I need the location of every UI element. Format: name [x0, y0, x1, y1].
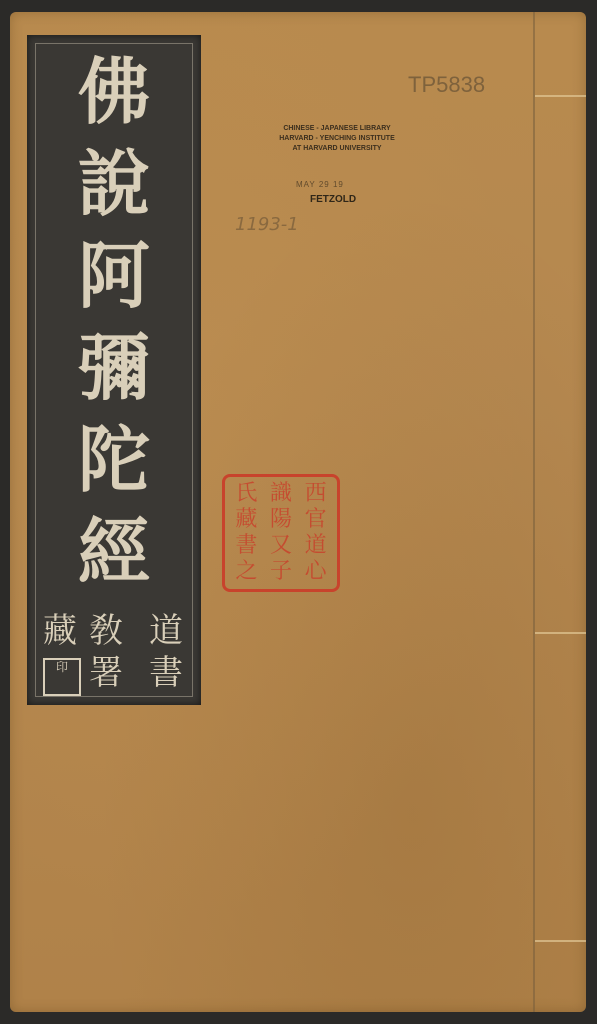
stamp-name: FETZOLD [310, 194, 356, 205]
subtitle-char: 道 [149, 610, 183, 652]
seal-char: 道 [305, 533, 327, 559]
subtitle-column: 藏 印 [43, 610, 81, 696]
library-stamp: CHINESE - JAPANESE LIBRARY HARVARD - YEN… [272, 124, 402, 154]
small-seal: 印 [43, 658, 81, 696]
stamp-date: MAY 29 19 [296, 180, 344, 189]
seal-char: 心 [305, 559, 327, 585]
subtitle-char: 書 [149, 652, 183, 694]
seal-char: 子 [270, 559, 292, 585]
subtitle-char: 署 [89, 652, 123, 694]
title-char: 佛 [78, 47, 150, 139]
binding-stitch [535, 632, 586, 634]
seal-char: 之 [235, 559, 257, 585]
stamp-line: CHINESE - JAPANESE LIBRARY [272, 124, 402, 134]
seal-char: 藏 [235, 507, 257, 533]
seal-column: 氏 藏 書 之 [235, 481, 257, 585]
title-strip: 佛 說 阿 彌 陀 經 道 書 敎 署 藏 印 [27, 35, 201, 705]
title-char: 說 [78, 139, 150, 231]
seal-char: 書 [235, 533, 257, 559]
seal-char: 陽 [270, 507, 292, 533]
binding-stitch [535, 940, 586, 942]
call-number: TP5838 [408, 72, 485, 98]
seal-column: 識 陽 又 子 [270, 481, 292, 585]
seal-char: 識 [270, 481, 292, 507]
book-cover: 佛 說 阿 彌 陀 經 道 書 敎 署 藏 印 TP5838 CHINESE -… [10, 12, 586, 1012]
stamp-line: AT HARVARD UNIVERSITY [272, 144, 402, 154]
stamp-line: HARVARD - YENCHING INSTITUTE [272, 134, 402, 144]
subtitle-column: 道 書 [149, 610, 183, 694]
binding-stitch [535, 95, 586, 97]
title-column: 佛 說 阿 彌 陀 經 [27, 47, 201, 599]
pencil-note: 1193-1 [235, 214, 299, 235]
seal-char: 官 [305, 507, 327, 533]
seal-char: 氏 [235, 481, 257, 507]
seal-column: 西 官 道 心 [305, 481, 327, 585]
seal-char: 西 [305, 481, 327, 507]
red-seal: 西 官 道 心 識 陽 又 子 氏 藏 書 之 [222, 474, 340, 592]
title-char: 阿 [78, 231, 150, 323]
title-char: 陀 [78, 415, 150, 507]
subtitle-column: 敎 署 [89, 610, 123, 694]
seal-char: 又 [270, 533, 292, 559]
title-char: 彌 [78, 323, 150, 415]
subtitle-char: 藏 [43, 610, 81, 652]
title-char: 經 [78, 507, 150, 599]
subtitle-char: 敎 [89, 610, 123, 652]
binding-line [533, 12, 535, 1012]
